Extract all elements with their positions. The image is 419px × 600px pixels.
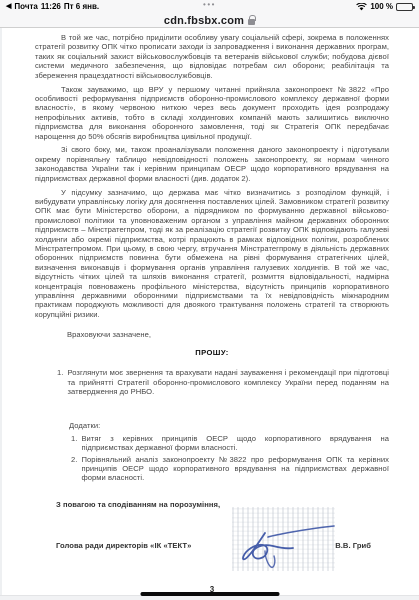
signatory-name: В.В. Гриб — [335, 541, 371, 550]
handwritten-signature — [235, 515, 340, 572]
attachments-label: Додатки: — [69, 421, 389, 430]
list-item: 1. Розглянути моє звернення та врахувати… — [57, 368, 389, 396]
battery-icon — [396, 3, 413, 11]
back-arrow-icon: ◀ — [6, 3, 11, 10]
considering-line: Враховуючи зазначене, — [35, 330, 389, 339]
ipad-safari-screen: ◀ Почта 11:26 Пт 6 янв. ••• 100 % cdn — [0, 0, 419, 600]
signature-row: Голова ради директорів «ІК «ТЕКТ» В.В. Г… — [35, 515, 389, 577]
status-time: 11:26 — [41, 2, 61, 11]
paragraph: В той же час, потрібно приділити особлив… — [35, 33, 389, 80]
list-item-text: Розглянути моє звернення та врахувати на… — [67, 368, 389, 396]
status-bar: ◀ Почта 11:26 Пт 6 янв. ••• 100 % — [0, 0, 419, 13]
wifi-icon — [356, 3, 367, 11]
signatory-title: Голова ради директорів «ІК «ТЕКТ» — [56, 541, 191, 550]
request-heading: ПРОШУ: — [35, 348, 389, 357]
status-date: Пт 6 янв. — [64, 2, 99, 11]
back-to-app[interactable]: ◀ Почта 11:26 Пт 6 янв. — [6, 2, 99, 11]
list-item: 1. Витяг з керівних принципів ОЕСР щодо … — [71, 434, 389, 453]
attachments-list: 1. Витяг з керівних принципів ОЕСР щодо … — [71, 434, 389, 483]
document-body: В той же час, потрібно приділити особлив… — [2, 28, 419, 595]
home-indicator[interactable] — [140, 592, 279, 596]
url-domain[interactable]: cdn.fbsbx.com — [164, 15, 244, 27]
paragraph: У підсумку зазначимо, що держава має чіт… — [35, 188, 389, 320]
request-list: 1. Розглянути моє звернення та врахувати… — [57, 368, 389, 396]
battery-percent: 100 % — [370, 2, 393, 11]
list-item-text: Витяг з керівних принципів ОЕСР щодо кор… — [81, 434, 389, 453]
list-item-text: Порівняльний аналіз законопроекту №3822 … — [81, 455, 389, 483]
multitask-dots-icon: ••• — [203, 1, 216, 9]
paragraph: Зі свого боку, ми, також проаналізували … — [35, 145, 389, 183]
address-bar[interactable]: cdn.fbsbx.com — [0, 13, 419, 28]
lock-icon — [248, 19, 255, 25]
list-item-number: 1. — [57, 368, 63, 396]
document-page[interactable]: В той же час, потрібно приділити особлив… — [0, 28, 419, 595]
back-app-label: Почта — [14, 2, 37, 11]
list-item-number: 2. — [71, 455, 77, 483]
closing-line: З повагою та сподіванням на порозуміння, — [56, 500, 389, 509]
paragraph: Також зауважимо, що ВРУ у першому читанн… — [35, 85, 389, 141]
browser-chrome: ◀ Почта 11:26 Пт 6 янв. ••• 100 % cdn — [0, 0, 419, 28]
list-item-number: 1. — [71, 434, 77, 453]
list-item: 2. Порівняльний аналіз законопроекту №38… — [71, 455, 389, 483]
status-indicators: 100 % — [356, 2, 413, 11]
